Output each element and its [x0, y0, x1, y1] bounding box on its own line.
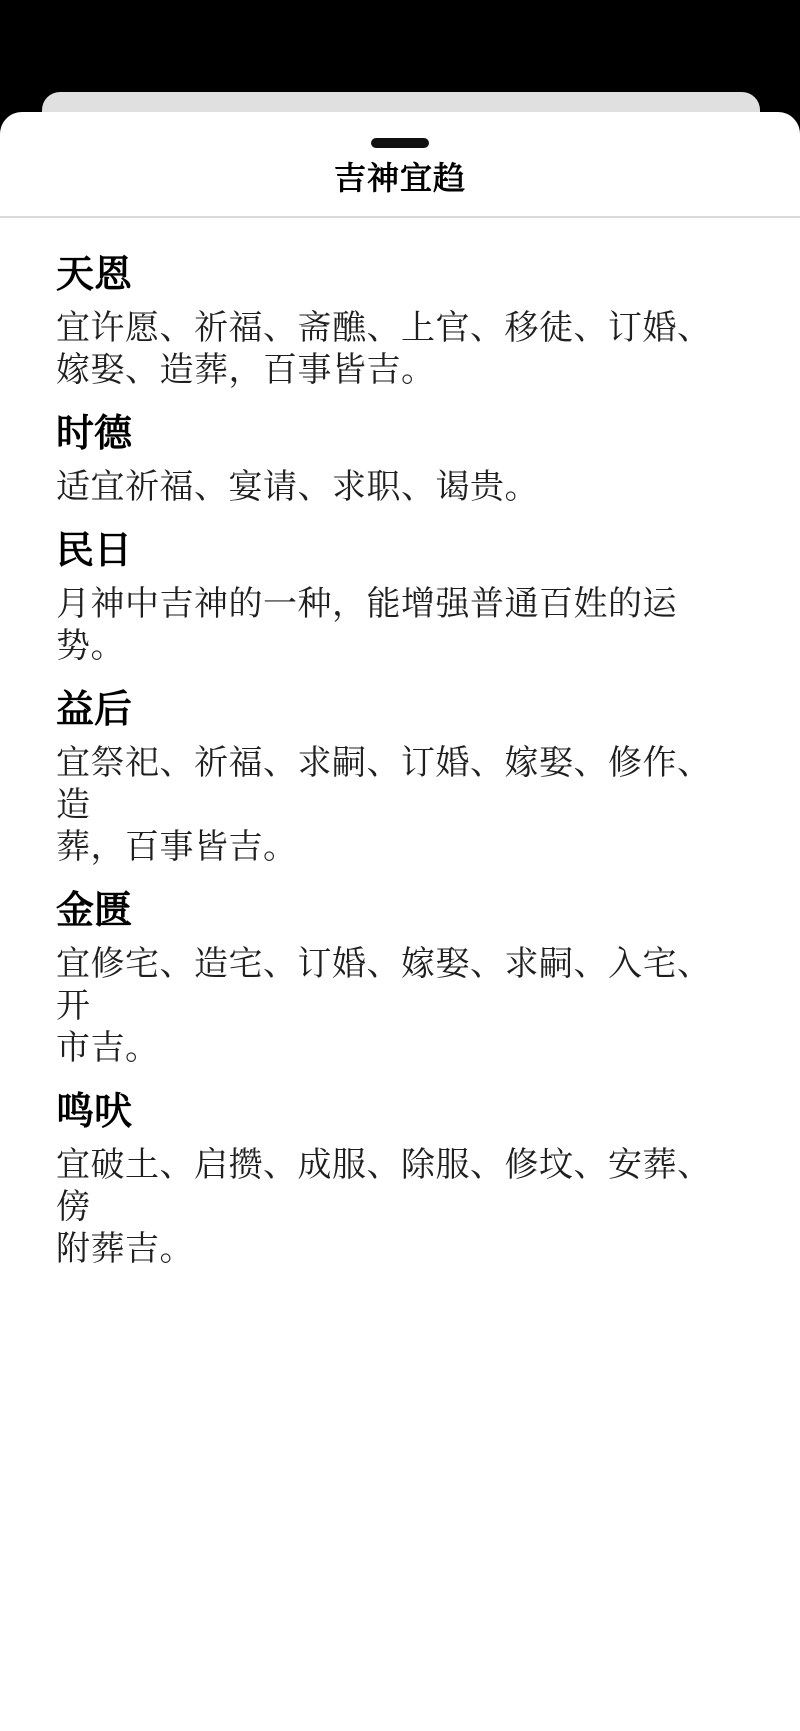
deity-term: 时德: [56, 411, 744, 457]
deity-section: 天恩 宜许愿、祈福、斋醮、上官、移徒、订婚、 嫁娶、造葬，百事皆吉。: [56, 252, 744, 391]
deity-term: 益后: [56, 687, 744, 733]
deity-term: 民日: [56, 528, 744, 574]
deity-section: 益后 宜祭祀、祈福、求嗣、订婚、嫁娶、修作、造 葬，百事皆吉。: [56, 687, 744, 868]
deity-section: 鸣吠 宜破土、启攒、成服、除服、修坟、安葬、傍 附葬吉。: [56, 1089, 744, 1270]
deity-section: 时德 适宜祈福、宴请、求职、谒贵。: [56, 411, 744, 508]
drag-handle[interactable]: [371, 138, 429, 148]
deity-description: 适宜祈福、宴请、求职、谒贵。: [56, 466, 744, 508]
screen: 吉神宜趋 天恩 宜许愿、祈福、斋醮、上官、移徒、订婚、 嫁娶、造葬，百事皆吉。 …: [0, 0, 800, 1731]
sheet-title: 吉神宜趋: [0, 156, 800, 200]
deity-description: 宜祭祀、祈福、求嗣、订婚、嫁娶、修作、造 葬，百事皆吉。: [56, 742, 744, 868]
deity-description: 宜破土、启攒、成服、除服、修坟、安葬、傍 附葬吉。: [56, 1144, 744, 1270]
deity-description: 宜修宅、造宅、订婚、嫁娶、求嗣、入宅、开 市吉。: [56, 943, 744, 1069]
deity-term: 天恩: [56, 252, 744, 298]
sheet-content: 天恩 宜许愿、祈福、斋醮、上官、移徒、订婚、 嫁娶、造葬，百事皆吉。 时德 适宜…: [0, 218, 800, 1270]
deity-section: 民日 月神中吉神的一种，能增强普通百姓的运势。: [56, 528, 744, 667]
deity-section: 金匮 宜修宅、造宅、订婚、嫁娶、求嗣、入宅、开 市吉。: [56, 888, 744, 1069]
deity-description: 月神中吉神的一种，能增强普通百姓的运势。: [56, 583, 744, 667]
bottom-sheet: 吉神宜趋 天恩 宜许愿、祈福、斋醮、上官、移徒、订婚、 嫁娶、造葬，百事皆吉。 …: [0, 112, 800, 1731]
deity-term: 金匮: [56, 888, 744, 934]
deity-term: 鸣吠: [56, 1089, 744, 1135]
deity-description: 宜许愿、祈福、斋醮、上官、移徒、订婚、 嫁娶、造葬，百事皆吉。: [56, 307, 744, 391]
